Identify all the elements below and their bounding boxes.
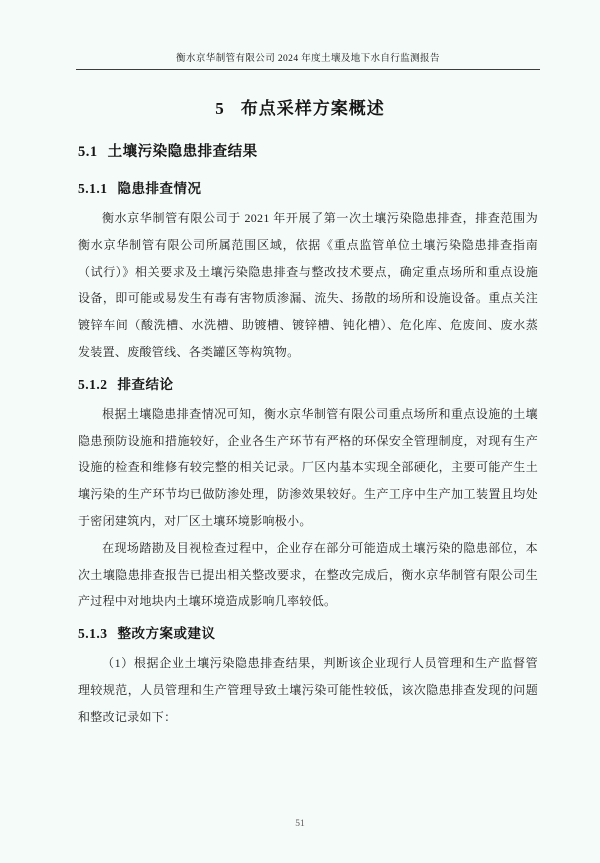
document-page: 衡水京华制管有限公司 2024 年度土壤及地下水自行监测报告 5布点采样方案概述… <box>0 0 600 863</box>
section-heading-5-1: 5.1土壤污染隐患排查结果 <box>78 142 540 162</box>
paragraph-5-1-3-1: （1）根据企业土壤污染隐患排查结果，判断该企业现行人员管理和生产监督管理较规范，… <box>78 650 538 730</box>
chapter-title: 5布点采样方案概述 <box>0 97 600 121</box>
paragraph-5-1-1-1: 衡水京华制管有限公司于 2021 年开展了第一次土壤污染隐患排查，排查范围为衡水… <box>78 205 538 366</box>
chapter-number: 5 <box>215 99 225 118</box>
section-title: 土壤污染隐患排查结果 <box>108 144 258 160</box>
header-title: 衡水京华制管有限公司 2024 年度土壤及地下水自行监测报告 <box>176 54 440 64</box>
chapter-title-text: 布点采样方案概述 <box>241 99 385 118</box>
subsection-number: 5.1.1 <box>78 181 108 196</box>
page-footer: 51 <box>0 819 600 829</box>
subsection-number: 5.1.3 <box>78 626 108 641</box>
page-number: 51 <box>295 819 305 829</box>
subsection-heading-5-1-3: 5.1.3整改方案或建议 <box>78 624 540 643</box>
paragraph-5-1-2-1: 根据土壤隐患排查情况可知，衡水京华制管有限公司重点场所和重点设施的土壤隐患预防设… <box>78 401 538 535</box>
subsection-number: 5.1.2 <box>78 377 108 392</box>
subsection-heading-5-1-1: 5.1.1隐患排查情况 <box>78 179 540 198</box>
paragraph-5-1-2-2: 在现场踏勘及目视检查过程中，企业存在部分可能造成土壤污染的隐患部位，本次土壤隐患… <box>78 535 538 615</box>
subsection-heading-5-1-2: 5.1.2排查结论 <box>78 375 540 394</box>
subsection-title: 隐患排查情况 <box>118 181 202 196</box>
subsection-title: 整改方案或建议 <box>118 626 216 641</box>
page-header: 衡水京华制管有限公司 2024 年度土壤及地下水自行监测报告 <box>76 0 540 70</box>
subsection-title: 排查结论 <box>118 377 174 392</box>
section-number: 5.1 <box>78 144 98 160</box>
